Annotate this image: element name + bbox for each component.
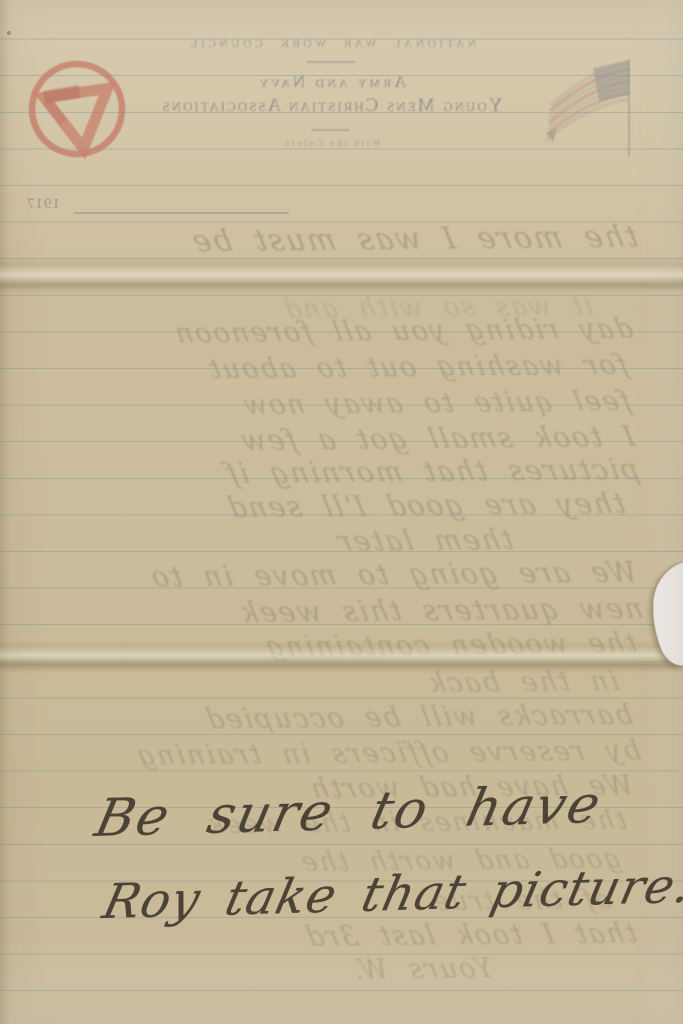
letterhead-date-line [74, 212, 289, 214]
letterhead-block: NATIONAL WAR WORK COUNCIL Army and Navy … [0, 38, 673, 149]
letterhead-year: 1917 [26, 196, 60, 213]
letterhead-council-line: NATIONAL WAR WORK COUNCIL [0, 38, 673, 50]
letter-page: NATIONAL WAR WORK COUNCIL Army and Navy … [0, 0, 683, 1024]
letterhead-divider [313, 129, 351, 131]
letterhead-motto-line: With the Colors [0, 139, 673, 149]
letterhead-ymca-line: Young Mens Christian Associations [0, 95, 673, 117]
torn-edge [641, 554, 683, 672]
ink-speck [7, 31, 11, 35]
letterhead-divider [308, 61, 356, 63]
letterhead-army-navy-line: Army and Navy [0, 72, 673, 92]
